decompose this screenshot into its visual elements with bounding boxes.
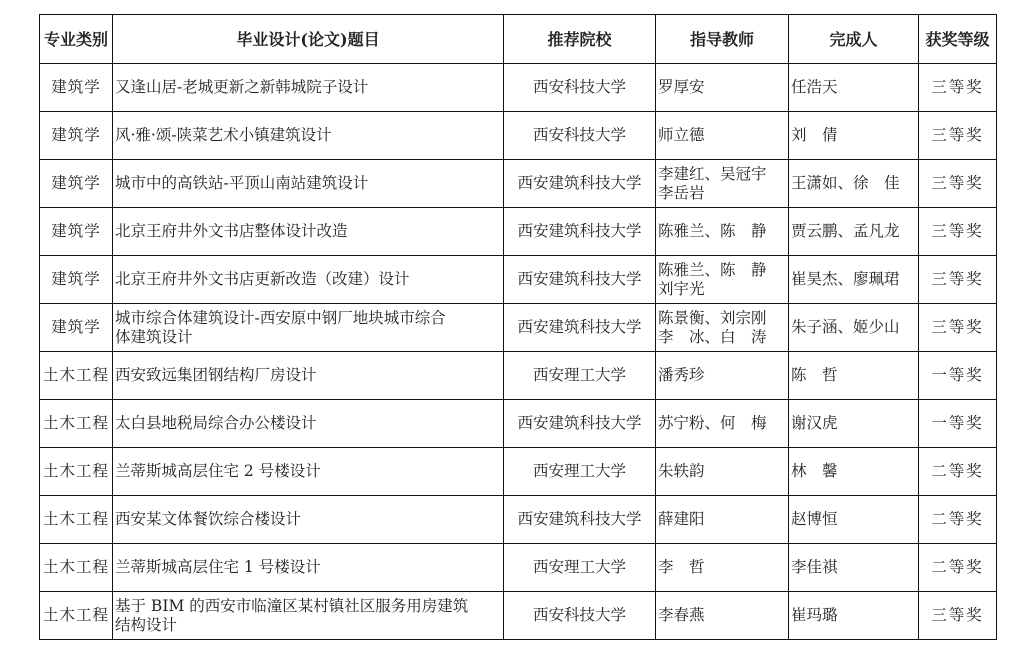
cell-major: 土木工程 [40,352,113,400]
cell-major: 土木工程 [40,496,113,544]
cell-authors: 贾云鹏、孟凡龙 [789,208,919,256]
cell-authors: 崔昊杰、廖珮珺 [789,256,919,304]
cell-advisors: 师立德 [656,112,789,160]
cell-major: 建筑学 [40,208,113,256]
cell-authors: 林 馨 [789,448,919,496]
advisor-line: 苏宁粉、何 梅 [658,414,786,433]
cell-title: 又逢山居-老城更新之新韩城院子设计 [113,64,504,112]
cell-major: 建筑学 [40,304,113,352]
table-row: 建筑学 城市综合体建筑设计-西安原中钢厂地块城市综合体建筑设计 西安建筑科技大学… [40,304,997,352]
cell-authors: 王潇如、徐 佳 [789,160,919,208]
header-title: 毕业设计(论文)题目 [113,15,504,64]
cell-major: 土木工程 [40,400,113,448]
title-line: 西安某文体餐饮综合楼设计 [115,510,501,529]
header-school: 推荐院校 [504,15,656,64]
table-row: 土木工程 兰蒂斯城高层住宅 2 号楼设计 西安理工大学 朱轶韵 林 馨 二等奖 [40,448,997,496]
header-authors: 完成人 [789,15,919,64]
advisor-line: 朱轶韵 [658,462,786,481]
header-row: 专业类别 毕业设计(论文)题目 推荐院校 指导教师 完成人 获奖等级 [40,15,997,64]
cell-title: 太白县地税局综合办公楼设计 [113,400,504,448]
cell-title: 北京王府井外文书店更新改造（改建）设计 [113,256,504,304]
cell-advisors: 苏宁粉、何 梅 [656,400,789,448]
cell-title: 西安某文体餐饮综合楼设计 [113,496,504,544]
cell-advisors: 陈景衡、刘宗刚李 冰、白 涛 [656,304,789,352]
title-line: 兰蒂斯城高层住宅 2 号楼设计 [115,462,501,481]
cell-award: 三等奖 [919,112,997,160]
title-line: 结构设计 [115,616,501,635]
cell-award: 二等奖 [919,496,997,544]
cell-advisors: 陈雅兰、陈 静 [656,208,789,256]
title-line: 城市综合体建筑设计-西安原中钢厂地块城市综合 [115,309,501,328]
cell-school: 西安理工大学 [504,352,656,400]
cell-school: 西安理工大学 [504,448,656,496]
cell-major: 建筑学 [40,112,113,160]
awards-table: 专业类别 毕业设计(论文)题目 推荐院校 指导教师 完成人 获奖等级 建筑学 又… [39,14,997,640]
cell-title: 兰蒂斯城高层住宅 1 号楼设计 [113,544,504,592]
advisor-line: 李建红、吴冠宇 [658,165,786,184]
cell-authors: 刘 倩 [789,112,919,160]
advisor-line: 薛建阳 [658,510,786,529]
table-row: 建筑学 北京王府井外文书店更新改造（改建）设计 西安建筑科技大学 陈雅兰、陈 静… [40,256,997,304]
title-line: 兰蒂斯城高层住宅 1 号楼设计 [115,558,501,577]
cell-advisors: 李建红、吴冠宇李岳岩 [656,160,789,208]
cell-award: 三等奖 [919,304,997,352]
title-line: 太白县地税局综合办公楼设计 [115,414,501,433]
cell-advisors: 李春燕 [656,592,789,640]
advisor-line: 李 冰、白 涛 [658,328,786,347]
cell-award: 二等奖 [919,544,997,592]
cell-award: 二等奖 [919,448,997,496]
cell-major: 建筑学 [40,160,113,208]
cell-title: 城市综合体建筑设计-西安原中钢厂地块城市综合体建筑设计 [113,304,504,352]
cell-advisors: 潘秀珍 [656,352,789,400]
cell-authors: 崔玛璐 [789,592,919,640]
cell-school: 西安建筑科技大学 [504,496,656,544]
table-row: 土木工程 西安某文体餐饮综合楼设计 西安建筑科技大学 薛建阳 赵博恒 二等奖 [40,496,997,544]
advisor-line: 潘秀珍 [658,366,786,385]
advisor-line: 师立德 [658,126,786,145]
table-row: 土木工程 兰蒂斯城高层住宅 1 号楼设计 西安理工大学 李 哲 李佳祺 二等奖 [40,544,997,592]
table-row: 建筑学 风·雅·颂-陕菜艺术小镇建筑设计 西安科技大学 师立德 刘 倩 三等奖 [40,112,997,160]
cell-advisors: 朱轶韵 [656,448,789,496]
advisor-line: 刘宇光 [658,280,786,299]
advisor-line: 陈雅兰、陈 静 [658,261,786,280]
cell-major: 建筑学 [40,64,113,112]
advisor-line: 罗厚安 [658,78,786,97]
advisor-line: 陈雅兰、陈 静 [658,222,786,241]
cell-major: 土木工程 [40,544,113,592]
cell-school: 西安建筑科技大学 [504,304,656,352]
title-line: 北京王府井外文书店更新改造（改建）设计 [115,270,501,289]
cell-award: 三等奖 [919,208,997,256]
advisor-line: 李岳岩 [658,184,786,203]
table-row: 土木工程 西安致远集团钢结构厂房设计 西安理工大学 潘秀珍 陈 哲 一等奖 [40,352,997,400]
title-line: 又逢山居-老城更新之新韩城院子设计 [115,78,501,97]
cell-title: 西安致远集团钢结构厂房设计 [113,352,504,400]
table-body: 建筑学 又逢山居-老城更新之新韩城院子设计 西安科技大学 罗厚安 任浩天 三等奖… [40,64,997,640]
advisor-line: 陈景衡、刘宗刚 [658,309,786,328]
cell-school: 西安建筑科技大学 [504,160,656,208]
cell-title: 城市中的高铁站-平顶山南站建筑设计 [113,160,504,208]
cell-school: 西安建筑科技大学 [504,256,656,304]
cell-title: 风·雅·颂-陕菜艺术小镇建筑设计 [113,112,504,160]
title-line: 西安致远集团钢结构厂房设计 [115,366,501,385]
cell-major: 建筑学 [40,256,113,304]
cell-advisors: 李 哲 [656,544,789,592]
advisor-line: 李春燕 [658,606,786,625]
table-row: 建筑学 城市中的高铁站-平顶山南站建筑设计 西安建筑科技大学 李建红、吴冠宇李岳… [40,160,997,208]
cell-school: 西安科技大学 [504,592,656,640]
title-line: 北京王府井外文书店整体设计改造 [115,222,501,241]
cell-authors: 任浩天 [789,64,919,112]
header-award: 获奖等级 [919,15,997,64]
cell-major: 土木工程 [40,448,113,496]
cell-title: 北京王府井外文书店整体设计改造 [113,208,504,256]
advisor-line: 李 哲 [658,558,786,577]
title-line: 城市中的高铁站-平顶山南站建筑设计 [115,174,501,193]
table-row: 土木工程 基于 BIM 的西安市临潼区某村镇社区服务用房建筑结构设计 西安科技大… [40,592,997,640]
cell-school: 西安理工大学 [504,544,656,592]
cell-award: 一等奖 [919,400,997,448]
title-line: 体建筑设计 [115,328,501,347]
cell-major: 土木工程 [40,592,113,640]
cell-advisors: 罗厚安 [656,64,789,112]
cell-authors: 谢汉虎 [789,400,919,448]
cell-award: 三等奖 [919,64,997,112]
cell-advisors: 薛建阳 [656,496,789,544]
cell-school: 西安建筑科技大学 [504,208,656,256]
cell-award: 一等奖 [919,352,997,400]
cell-school: 西安科技大学 [504,112,656,160]
cell-school: 西安建筑科技大学 [504,400,656,448]
cell-advisors: 陈雅兰、陈 静刘宇光 [656,256,789,304]
cell-award: 三等奖 [919,256,997,304]
cell-title: 兰蒂斯城高层住宅 2 号楼设计 [113,448,504,496]
cell-title: 基于 BIM 的西安市临潼区某村镇社区服务用房建筑结构设计 [113,592,504,640]
table-row: 土木工程 太白县地税局综合办公楼设计 西安建筑科技大学 苏宁粉、何 梅 谢汉虎 … [40,400,997,448]
title-line: 基于 BIM 的西安市临潼区某村镇社区服务用房建筑 [115,597,501,616]
header-major: 专业类别 [40,15,113,64]
header-advisors: 指导教师 [656,15,789,64]
cell-authors: 李佳祺 [789,544,919,592]
cell-award: 三等奖 [919,592,997,640]
cell-authors: 赵博恒 [789,496,919,544]
title-line: 风·雅·颂-陕菜艺术小镇建筑设计 [115,126,501,145]
cell-authors: 陈 哲 [789,352,919,400]
cell-award: 三等奖 [919,160,997,208]
table-row: 建筑学 北京王府井外文书店整体设计改造 西安建筑科技大学 陈雅兰、陈 静 贾云鹏… [40,208,997,256]
cell-authors: 朱子涵、姬少山 [789,304,919,352]
cell-school: 西安科技大学 [504,64,656,112]
table-row: 建筑学 又逢山居-老城更新之新韩城院子设计 西安科技大学 罗厚安 任浩天 三等奖 [40,64,997,112]
